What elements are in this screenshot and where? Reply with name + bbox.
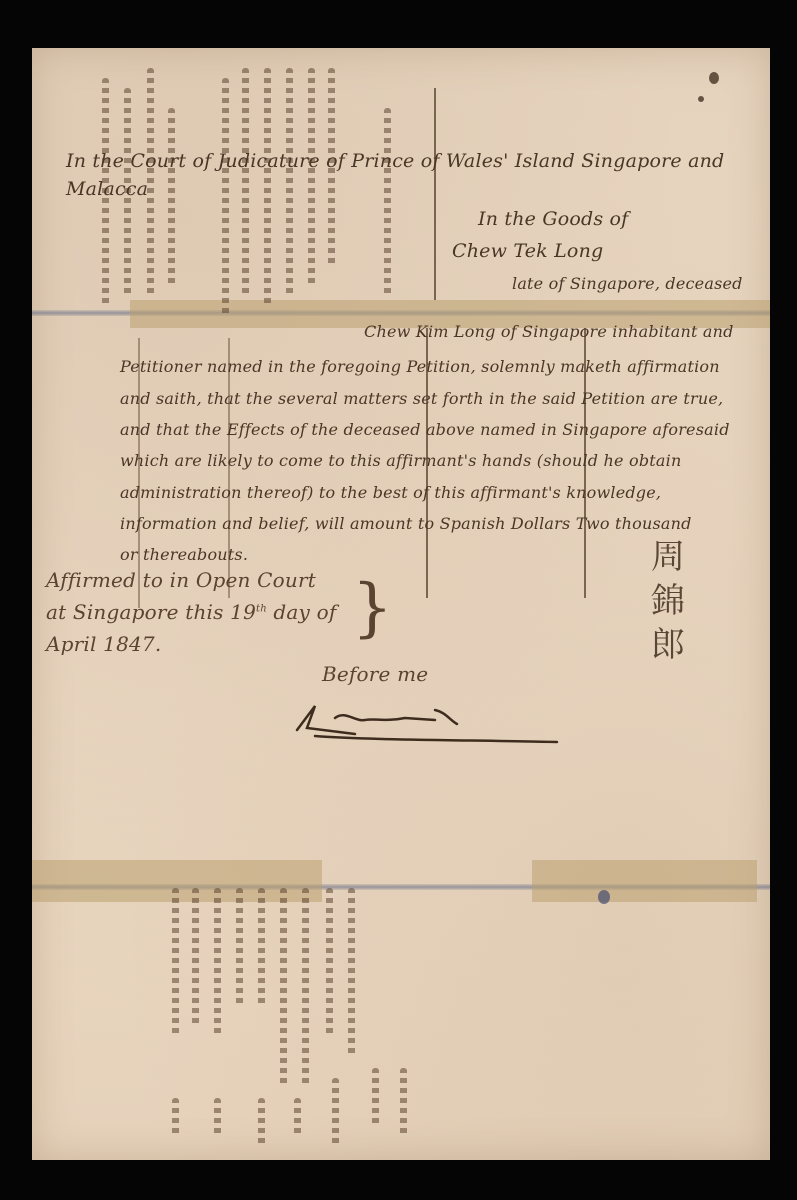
bleed-through-text [280,888,287,1088]
ink-stain [598,890,610,904]
body-line-8: or thereabouts. [120,545,248,564]
bleed-through-text [302,888,309,1088]
affirmation-line2-suffix: day of [267,600,337,624]
bleed-through-figures [400,1068,407,1138]
bleed-through-text [348,888,355,1058]
bleed-through-text [308,68,315,288]
bleed-through-text [384,108,391,298]
bleed-through-text [172,888,179,1038]
bleed-through-text [264,68,271,308]
before-me: Before me [322,662,428,686]
bleed-through-figures [294,1098,301,1138]
court-heading-line1: In the Court of Judicature of Prince of … [66,150,724,172]
bleed-through-text [214,888,221,1038]
body-line-1: Chew Kim Long of Singapore inhabitant an… [364,322,734,341]
chinese-char-2: 錦 [648,579,688,623]
judge-signature [285,700,565,750]
body-line-6: administration thereof) to the best of t… [120,483,661,502]
bleed-through-text [326,888,333,1038]
bleed-through-text [192,888,199,1028]
body-line-5: which are likely to come to this affirma… [120,451,681,470]
deceased-description: late of Singapore, deceased [512,274,743,293]
bleed-through-text [222,78,229,318]
body-line-2: Petitioner named in the foregoing Petiti… [120,357,720,376]
body-line-3: and saith, that the several matters set … [120,389,723,408]
affirmation-line1: Affirmed to in Open Court [46,568,316,592]
bleed-through-text [236,888,243,1008]
body-line-7: information and belief, will amount to S… [120,514,692,533]
bleed-through-figures [372,1068,379,1128]
in-the-goods-of: In the Goods of [478,208,628,230]
bleed-through-figures [214,1098,221,1138]
chinese-char-1: 周 [648,535,688,579]
bleed-through-figures [172,1098,179,1138]
bleed-through-figures [258,1098,265,1148]
ruled-line [434,88,436,300]
affirmation-line3: April 1847. [46,632,161,656]
bleed-through-figures [332,1078,339,1148]
bleed-through-text [286,68,293,298]
tape-strip-bottom-right [532,860,757,902]
affirmation-line2-prefix: at Singapore this 19 [46,600,256,624]
affirmation-line2-sup: th [256,603,267,614]
brace: } [352,578,393,638]
chinese-signature: 周 錦 郎 [648,535,688,667]
bleed-through-text [258,888,265,1008]
chinese-char-3: 郎 [648,623,688,667]
bleed-through-text [242,68,249,298]
affirmation-line2: at Singapore this 19th day of [46,600,336,624]
bleed-through-text [168,108,175,288]
deceased-name: Chew Tek Long [452,240,603,262]
ink-stain [698,96,704,102]
court-heading-line2: Malacca [66,178,148,200]
body-line-4: and that the Effects of the deceased abo… [120,420,730,439]
ink-stain [709,72,719,84]
